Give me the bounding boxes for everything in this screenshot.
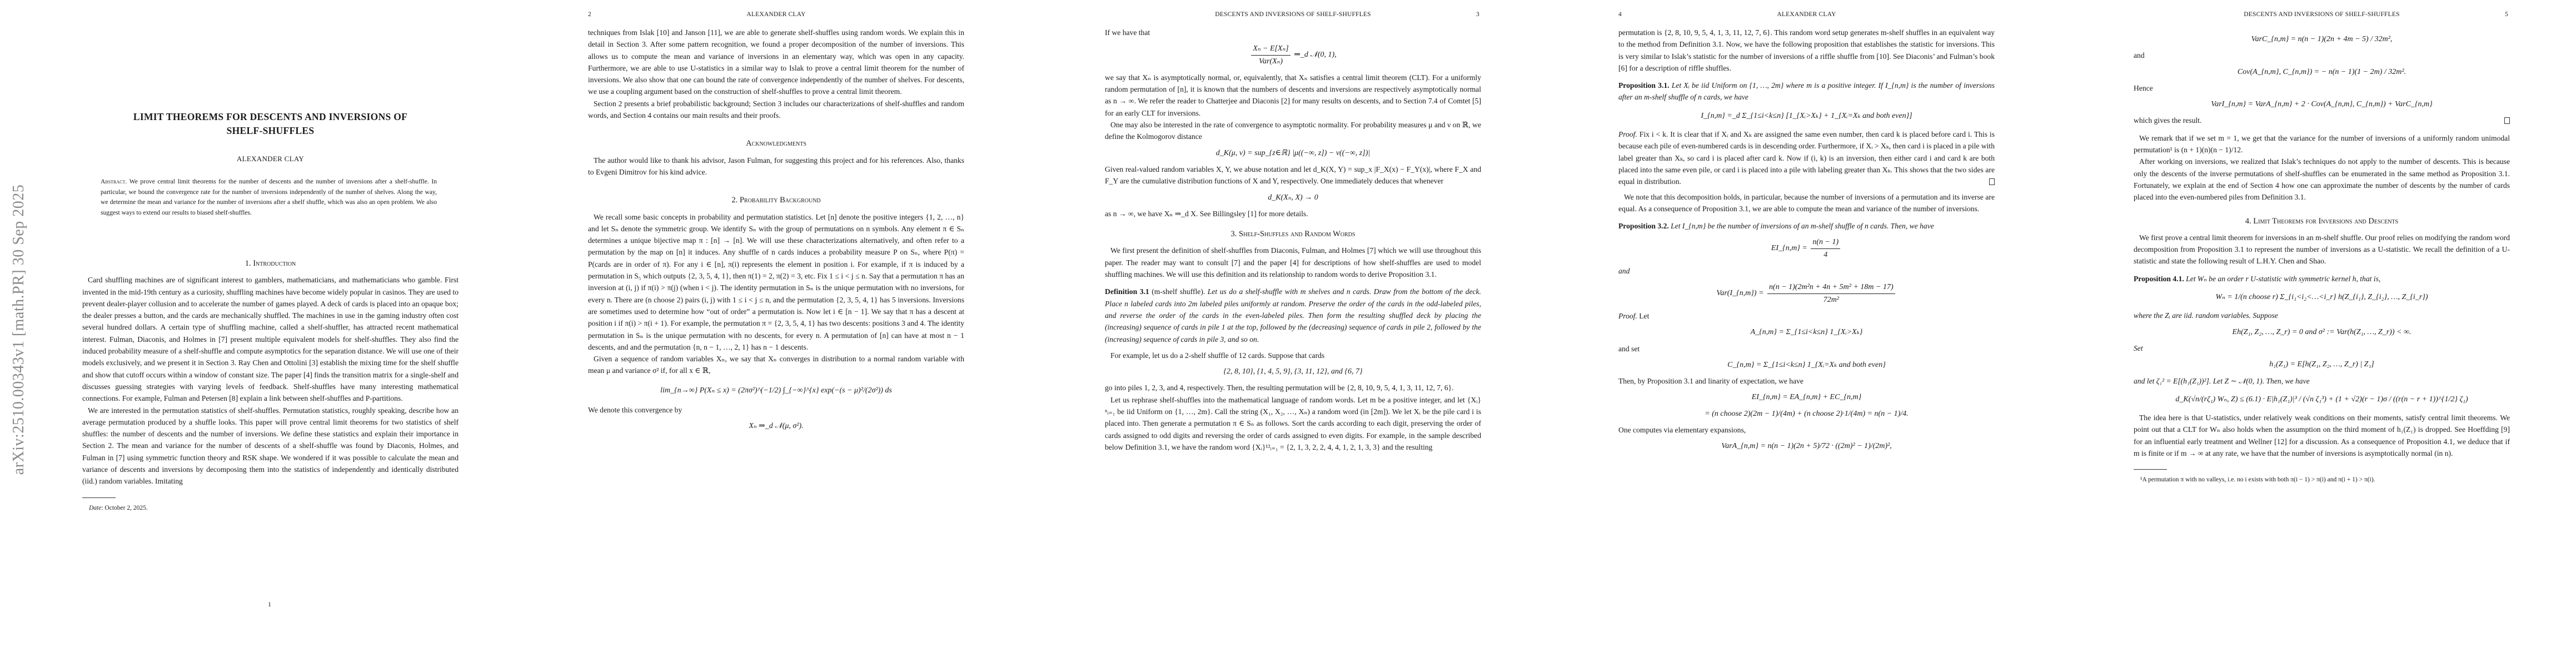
running-head-title: DESCENTS AND INVERSIONS OF SHELF-SHUFFLE… bbox=[2134, 11, 2510, 18]
equation-h1: h₁(Z₁) = E[h(Z₁, Z₂, …, Z_r) | Z₁] bbox=[2134, 359, 2510, 370]
equation-kolmogorov-distance: d_K(μ, ν) = sup_{z∈ℝ} |μ((−∞, z]) − ν((−… bbox=[1105, 147, 1481, 159]
date-value: : October 2, 2025. bbox=[101, 505, 147, 511]
proposition-label: Proposition 3.2. bbox=[1618, 222, 1669, 230]
given-paragraph: Given real-valued random variables X, Y,… bbox=[1105, 163, 1481, 187]
clt-paragraph: we say that Xₙ is asymptotically normal,… bbox=[1105, 72, 1481, 119]
proposition-4-1: Proposition 4.1. Let Wₙ be an order r U-… bbox=[2134, 273, 2510, 285]
proposition-3-1: Proposition 3.1. Let Xᵢ be iid Uniform o… bbox=[1618, 79, 1995, 103]
equation-u-statistic: Wₙ = 1/(n choose r) Σ_{i₁<i₂<…<i_r} h(Z_… bbox=[2134, 291, 2510, 303]
section-heading-shelf-shuffles: 3. Shelf-Shuffles and Random Words bbox=[1105, 228, 1481, 240]
outline-paragraph: Section 2 presents a brief probabilistic… bbox=[588, 98, 964, 122]
equation-limit-distribution: lim_{n→∞} P(Xₙ ≤ x) = (2πσ²)^(−1/2) ∫_{−… bbox=[588, 385, 964, 396]
running-head-title: DESCENTS AND INVERSIONS OF SHELF-SHUFFLE… bbox=[1105, 11, 1481, 18]
equation-var-A: VarA_{n,m} = n(n − 1)(2n + 5)/72 · ((2m)… bbox=[1618, 440, 1995, 452]
equation-expectation-1: EI_{n,m} = EA_{n,m} + EC_{n,m} bbox=[1618, 391, 1995, 403]
equation-piles: {2, 8, 10}, {1, 4, 5, 9}, {3, 11, 12}, a… bbox=[1105, 366, 1481, 377]
page-number: 1 bbox=[268, 600, 271, 609]
then-text: Then, by Proposition 3.1 and linarity of… bbox=[1618, 375, 1995, 387]
after-working-paragraph: After working on inversions, we realized… bbox=[2134, 156, 2510, 203]
and-text: and bbox=[1618, 265, 1995, 277]
example-paragraph: For example, let us do a 2-shelf shuffle… bbox=[1105, 350, 1481, 361]
acknowledgments-paragraph: The author would like to thank his advis… bbox=[588, 155, 964, 178]
clt-numerator: Xₙ − E[Xₙ] bbox=[1251, 43, 1290, 55]
arxiv-stamp: arXiv:2510.00343v1 [math.PR] 30 Sep 2025 bbox=[8, 178, 30, 481]
set-text: Set bbox=[2134, 342, 2510, 354]
title-line-1: LIMIT THEOREMS FOR DESCENTS AND INVERSIO… bbox=[82, 110, 459, 124]
variance-denominator: 72m² bbox=[1767, 294, 1895, 306]
proposition-text: Let I_{n,m} be the number of inversions … bbox=[1669, 222, 1934, 230]
random-words-paragraph: Let us rephrase shelf-shuffles into the … bbox=[1105, 394, 1481, 453]
equation-C: C_{n,m} = Σ_{1≤i<k≤n} 1_{Xᵢ=Xₖ and both … bbox=[1618, 359, 1995, 371]
clt-rhs: ⇒_d 𝒩(0, 1), bbox=[1294, 51, 1336, 59]
mean-denominator: 4 bbox=[1811, 249, 1840, 261]
qed-symbol bbox=[2504, 117, 2510, 124]
section-heading-acknowledgments: Acknowledgments bbox=[588, 138, 964, 150]
mean-lhs: EI_{n,m} = bbox=[1771, 244, 1807, 252]
author-name: ALEXANDER CLAY bbox=[82, 155, 459, 163]
proof-text: Let bbox=[1637, 312, 1650, 320]
billingsley-text: as n → ∞, we have Xₙ ⇒_d X. See Billings… bbox=[1105, 208, 1481, 220]
proof-text: Fix i < k. It is clear that if Xᵢ and Xₖ… bbox=[1618, 130, 1995, 186]
equation-convergence-notation: Xₙ ⇒_d 𝒩(μ, σ²). bbox=[588, 420, 964, 432]
section-heading-limit-theorems: 4. Limit Theorems for Inversions and Des… bbox=[2134, 216, 2510, 227]
abstract-text: We prove central limit theorems for the … bbox=[101, 178, 437, 216]
proposition-text: Let Xᵢ be iid Uniform on {1, …, 2m} wher… bbox=[1618, 81, 1995, 101]
paper-title: LIMIT THEOREMS FOR DESCENTS AND INVERSIO… bbox=[82, 110, 459, 138]
equation-inversion-decomposition: I_{n,m} =_d Σ_{1≤i<k≤n} [1_{Xᵢ>Xₖ} + 1_{… bbox=[1618, 110, 1995, 122]
proposition-text: Let Wₙ be an order r U-statistic with sy… bbox=[2184, 275, 2381, 283]
page-4-body: permutation is {2, 8, 10, 9, 5, 4, 1, 3,… bbox=[1618, 27, 1995, 457]
page-5-body: VarC_{n,m} = n(n − 1)(2n + 4m − 5) / 32m… bbox=[2134, 29, 2510, 484]
mean-numerator: n(n − 1) bbox=[1811, 236, 1840, 248]
proof-label: Proof. bbox=[1618, 312, 1637, 320]
proposition-label: Proposition 4.1. bbox=[2134, 275, 2184, 283]
equation-covariance: Cov(A_{n,m}, C_{n,m}) = − n(n − 1)(1 − 2… bbox=[2134, 66, 2510, 78]
footnote-unimodal: ¹A permutation π with no valleys, i.e. n… bbox=[2134, 475, 2510, 484]
equation-mean-inversions: EI_{n,m} = n(n − 1) 4 bbox=[1618, 236, 1995, 261]
equation-var-I: VarI_{n,m} = VarA_{n,m} + 2 · Cov(A_{n,m… bbox=[2134, 98, 2510, 110]
mean-fraction: n(n − 1) 4 bbox=[1811, 236, 1840, 261]
denote-text: We denote this convergence by bbox=[588, 404, 964, 416]
page-2: 2 ALEXANDER CLAY techniques from Islak [… bbox=[515, 0, 1030, 667]
running-head-title: ALEXANDER CLAY bbox=[588, 11, 964, 18]
page-1: arXiv:2510.00343v1 [math.PR] 30 Sep 2025… bbox=[0, 0, 515, 667]
page-4: 4 ALEXANDER CLAY permutation is {2, 8, 1… bbox=[1546, 0, 2061, 667]
abstract-label: Abstract. bbox=[101, 178, 127, 185]
date-footnote: Date: October 2, 2025. bbox=[82, 504, 459, 512]
hence-text: Hence bbox=[2134, 82, 2510, 94]
proposition-3-2: Proposition 3.2. Let I_{n,m} be the numb… bbox=[1618, 220, 1995, 232]
and-set-text: and set bbox=[1618, 343, 1995, 355]
footnote-rule bbox=[82, 497, 116, 498]
equation-clt: Xₙ − E[Xₙ] Var(Xₙ) ⇒_d 𝒩(0, 1), bbox=[1105, 43, 1481, 67]
intro-continued-paragraph: techniques from Islak [10] and Janson [1… bbox=[588, 27, 964, 98]
definition-intro-paragraph: We first present the definition of shelf… bbox=[1105, 245, 1481, 280]
equation-variance-inversions: Var(I_{n,m}) = n(n − 1)(2m²n + 4n + 5m² … bbox=[1618, 281, 1995, 306]
footnote-rule bbox=[2134, 469, 2167, 470]
section-heading-probability-background: 2. Probability Background bbox=[588, 195, 964, 206]
clt-denominator: Var(Xₙ) bbox=[1251, 56, 1290, 67]
page-5: DESCENTS AND INVERSIONS OF SHELF-SHUFFLE… bbox=[2061, 0, 2576, 667]
permutation-paragraph: permutation is {2, 8, 10, 9, 5, 4, 1, 3,… bbox=[1618, 27, 1995, 74]
section-heading-introduction: 1. Introduction bbox=[82, 258, 459, 270]
equation-var-C: VarC_{n,m} = n(n − 1)(2n + 4m − 5) / 32m… bbox=[2134, 33, 2510, 45]
rate-paragraph: One may also be interested in the rate o… bbox=[1105, 119, 1481, 143]
abstract: Abstract. We prove central limit theorem… bbox=[101, 177, 437, 218]
proof-3-1: Proof. Fix i < k. It is clear that if Xᵢ… bbox=[1618, 128, 1995, 187]
and-text: and bbox=[2134, 49, 2510, 61]
variance-lhs: Var(I_{n,m}) = bbox=[1716, 289, 1763, 297]
title-line-2: SHELF-SHUFFLES bbox=[82, 124, 459, 138]
variance-numerator: n(n − 1)(2m²n + 4n + 5m² + 18m − 17) bbox=[1767, 281, 1895, 293]
idea-paragraph: The idea here is that U-statistics, unde… bbox=[2134, 412, 2510, 459]
convergence-paragraph: Given a sequence of random variables Xₙ,… bbox=[588, 353, 964, 377]
variance-fraction: n(n − 1)(2m²n + 4n + 5m² + 18m − 17) 72m… bbox=[1767, 281, 1895, 306]
if-text: If we have that bbox=[1105, 27, 1481, 38]
section-4-intro-paragraph: We first prove a central limit theorem f… bbox=[2134, 232, 2510, 267]
page-number: 3 bbox=[1476, 11, 1479, 18]
where-text: where the Zᵢ are iid. random variables. … bbox=[2134, 310, 2510, 321]
and-let-text: and let ζ₁² = E[(h₁(Z₁))²]. Let Z ∼ 𝒩(0,… bbox=[2134, 375, 2510, 387]
gives-result-label: which gives the result. bbox=[2134, 116, 2201, 125]
arxiv-stamp-text: arXiv:2510.00343v1 [math.PR] 30 Sep 2025 bbox=[10, 184, 28, 474]
equation-suppose: Eh(Z₁, Z₂, …, Z_r) = 0 and σ² := Var(h(Z… bbox=[2134, 326, 2510, 338]
probability-background-paragraph: We recall some basic concepts in probabi… bbox=[588, 211, 964, 354]
equation-dk-zero: d_K(Xₙ, X) → 0 bbox=[1105, 192, 1481, 203]
running-head-title: ALEXANDER CLAY bbox=[1618, 11, 1995, 18]
page-1-body: 1. Introduction Card shuffling machines … bbox=[82, 249, 459, 512]
proof-label: Proof. bbox=[1618, 130, 1637, 138]
page-number: 5 bbox=[2505, 11, 2508, 18]
gives-result-text: which gives the result. bbox=[2134, 115, 2510, 126]
proof-3-2-start: Proof. Let bbox=[1618, 310, 1995, 322]
definition-label: Definition 3.1 bbox=[1105, 287, 1149, 296]
definition-text: Let us do a shelf-shuffle with m shelves… bbox=[1105, 287, 1481, 343]
page-2-body: techniques from Islak [10] and Janson [1… bbox=[588, 27, 964, 437]
clt-fraction: Xₙ − E[Xₙ] Var(Xₙ) bbox=[1251, 43, 1290, 67]
proposition-label: Proposition 3.1. bbox=[1618, 81, 1670, 89]
qed-symbol bbox=[1989, 178, 1995, 185]
intro-paragraph-2: We are interested in the permutation sta… bbox=[82, 405, 459, 487]
definition-3-1: Definition 3.1 (m-shelf shuffle). Let us… bbox=[1105, 286, 1481, 345]
computes-text: One computes via elementary expansions, bbox=[1618, 424, 1995, 436]
equation-A: A_{n,m} = Σ_{1≤i<k≤n} 1_{Xᵢ>Xₖ} bbox=[1618, 326, 1995, 338]
equation-kolmogorov-bound: d_K(√n/(rζ₁) Wₙ, Z) ≤ (6.1) · E|h₁(Z₁)|³… bbox=[2134, 394, 2510, 405]
page-3: DESCENTS AND INVERSIONS OF SHELF-SHUFFLE… bbox=[1030, 0, 1546, 667]
remark-paragraph: We remark that if we set m = 1, we get t… bbox=[2134, 132, 2510, 156]
definition-name: (m-shelf shuffle). bbox=[1149, 287, 1205, 296]
equation-expectation-2: = (n choose 2)(2m − 1)/(4m) + (n choose … bbox=[1618, 408, 1995, 420]
page-3-body: If we have that Xₙ − E[Xₙ] Var(Xₙ) ⇒_d 𝒩… bbox=[1105, 27, 1481, 453]
date-label: Date bbox=[89, 505, 101, 511]
piles-paragraph: go into piles 1, 2, 3, and 4, respective… bbox=[1105, 382, 1481, 394]
note-paragraph: We note that this decomposition holds, i… bbox=[1618, 191, 1995, 215]
intro-paragraph-1: Card shuffling machines are of significa… bbox=[82, 274, 459, 404]
